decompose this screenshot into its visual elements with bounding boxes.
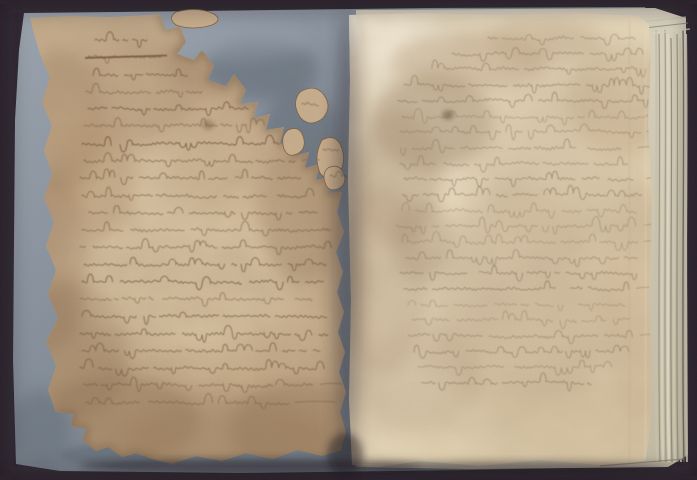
document-scan-viewport xyxy=(0,0,697,480)
paper-grain xyxy=(0,0,697,480)
manuscript-scan-svg xyxy=(0,0,697,480)
